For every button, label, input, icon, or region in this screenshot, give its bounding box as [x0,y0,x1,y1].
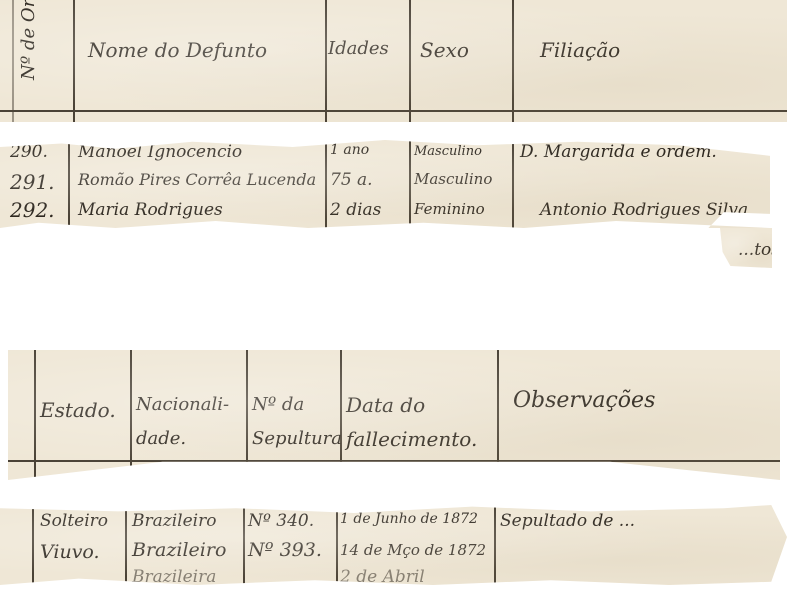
column-divider [409,140,411,228]
column-divider [494,505,496,585]
row-number: 290. [10,142,48,162]
row-name: Manoel Ignocencio [78,142,242,162]
row-observacoes: Sepultado de ... [500,511,635,531]
top-rows-strip: 290. Manoel Ignocencio 1 ano Masculino D… [0,140,770,228]
margin-rule [12,0,14,122]
column-divider [512,140,514,228]
header-rule [0,110,787,112]
column-divider [73,0,75,122]
row-sex: Masculino [414,144,482,159]
row-sex: Masculino [414,170,492,188]
row-nacionalidade: Brazileiro [132,539,226,561]
fragment-text: ...tos [738,240,772,260]
row-age: 75 a. [330,170,373,190]
row-estado: Solteiro [40,511,108,531]
row-sepultura: Nº 393. [248,539,322,561]
row-name: Romão Pires Corrêa Lucenda [78,170,316,189]
row-age: 2 dias [330,200,381,220]
header-sepultura: Nº da Sepultura [252,388,342,456]
top-header-strip: Nº de Ordem Nome do Defunto Idades Sexo … [0,0,787,122]
column-divider [325,0,327,122]
column-divider [336,505,338,585]
header-observacoes: Observações [513,388,655,413]
header-data-fallecimento: Data do fallecimento. [346,388,496,456]
row-data: 14 de Mço de 1872 [340,541,486,559]
bottom-rows-strip: Solteiro Brazileiro Nº 340. 1 de Junho d… [0,505,787,585]
header-estado: Estado. [40,398,116,422]
row-number: 292. [10,198,55,222]
row-sex: Feminino [414,200,485,218]
column-divider [325,140,327,228]
header-filiacao: Filiação [540,38,620,62]
header-nacionalidade: Nacionali-dade. [136,388,246,456]
row-data: 1 de Junho de 1872 [340,511,478,527]
header-sexo: Sexo [420,38,469,62]
torn-fragment: ...tos [720,228,772,268]
row-sepultura: Nº 340. [248,511,314,531]
column-divider [125,505,127,585]
column-divider [512,0,514,122]
row-filiation: Antonio Rodrigues Silva [540,200,748,220]
row-number: 291. [10,170,55,194]
row-estado: Viuvo. [40,541,100,563]
column-divider [409,0,411,122]
row-filiation: D. Margarida e ordem. [520,142,717,162]
row-data: 2 de Abril [340,567,425,585]
column-divider [68,140,70,228]
header-no-ordem: Nº de Ordem [18,0,39,80]
bottom-header-strip: Estado. Nacionali-dade. Nº da Sepultura … [8,350,780,480]
row-nacionalidade: Brazileiro [132,511,216,531]
header-nome-defunto: Nome do Defunto [88,38,267,62]
column-divider [32,505,34,585]
row-name: Maria Rodrigues [78,200,223,220]
column-divider [243,505,245,585]
header-rule [8,460,780,462]
header-idades: Idades [328,38,389,59]
row-age: 1 ano [330,142,369,158]
row-nacionalidade: Brazileira [132,567,216,585]
